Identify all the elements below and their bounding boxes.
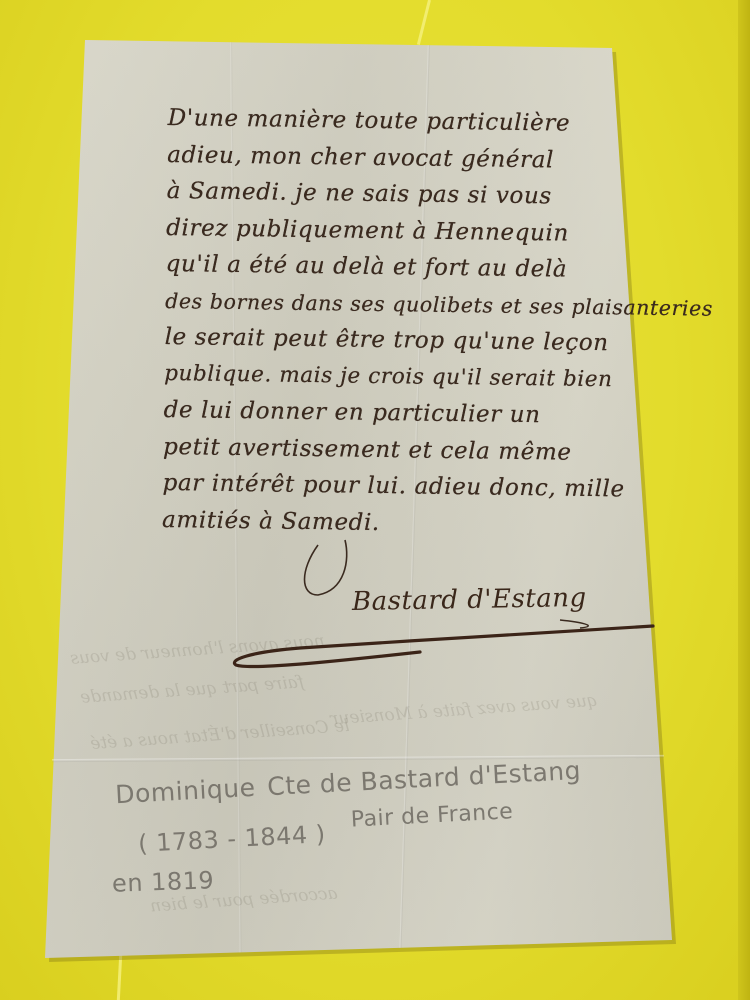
letter-line: le serait peut être trop qu'une leçon <box>164 319 644 362</box>
letter-line: par intérêt pour lui. adieu donc, mille <box>162 465 642 508</box>
pencil-annotation-year: en 1819 <box>112 866 215 898</box>
binding-thread <box>417 0 431 45</box>
letter-line: D'une manière toute particulière <box>167 100 647 143</box>
annotation-year: en 1819 <box>112 866 215 898</box>
letter-line: à Samedi. je ne sais pas si vous <box>166 173 646 216</box>
signature: Bastard d'Estang <box>352 583 587 617</box>
binding-thread <box>117 955 122 1000</box>
letter-line: amitiés à Samedi. <box>162 501 642 544</box>
background-edge-shadow <box>738 0 750 1000</box>
letter-line: de lui donner en particulier un <box>163 392 643 435</box>
letter-body: D'une manière toute particulière adieu, … <box>162 100 648 545</box>
letter-line: qu'il a été au delà et fort au delà <box>165 246 645 289</box>
